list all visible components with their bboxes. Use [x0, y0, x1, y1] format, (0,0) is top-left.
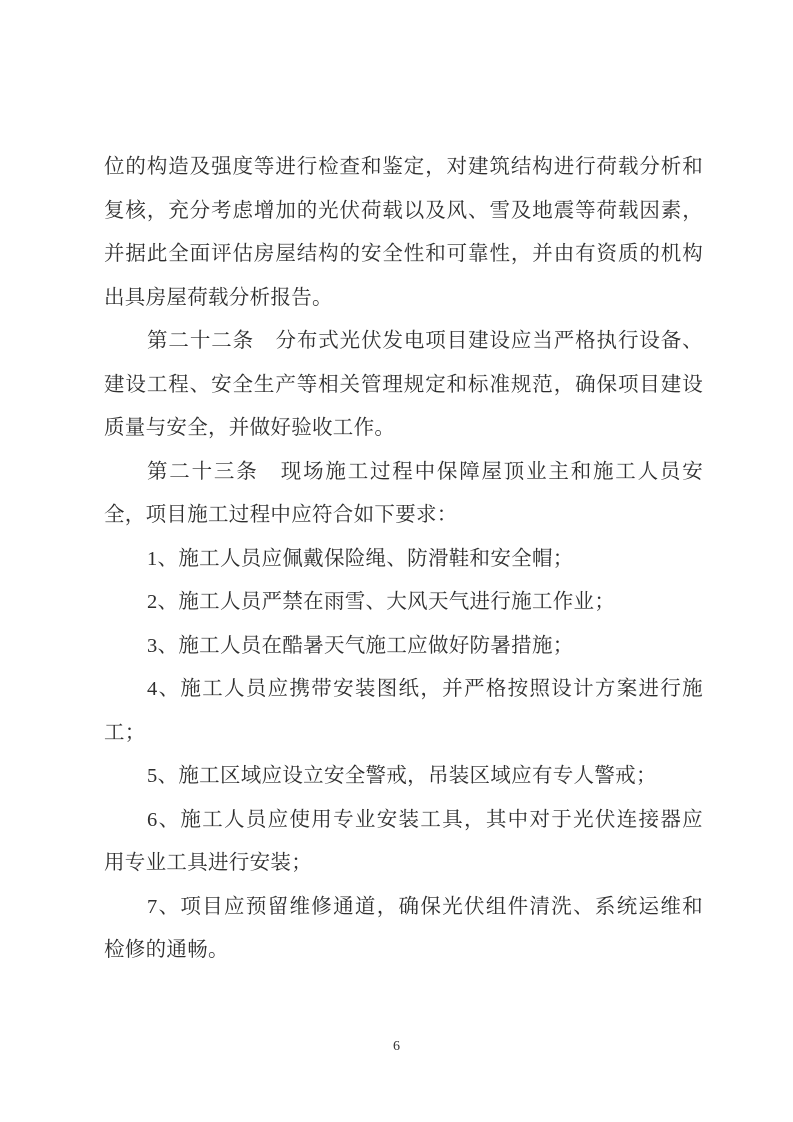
text-line: 并据此全面评估房屋结构的安全性和可靠性，并由有资质的机构: [104, 233, 703, 277]
text-line: 位的构造及强度等进行检查和鉴定，对建筑结构进行荷载分析和: [104, 146, 703, 190]
page-number: 6: [0, 1036, 793, 1058]
paragraph: 第二十三条 现场施工过程中保障屋顶业主和施工人员安全，项目施工过程中应符合如下要…: [104, 451, 703, 538]
paragraph: 4、施工人员应携带安装图纸，并严格按照设计方案进行施工；: [104, 668, 703, 755]
text-line: 第二十三条 现场施工过程中保障屋顶业主和施工人员安: [104, 451, 703, 495]
text-line: 4、施工人员应携带安装图纸，并严格按照设计方案进行施: [104, 668, 703, 712]
document-page: 位的构造及强度等进行检查和鉴定，对建筑结构进行荷载分析和复核，充分考虑增加的光伏…: [0, 0, 793, 1122]
paragraph: 6、施工人员应使用专业安装工具，其中对于光伏连接器应用专业工具进行安装；: [104, 799, 703, 886]
text-line: 6、施工人员应使用专业安装工具，其中对于光伏连接器应: [104, 799, 703, 843]
paragraph: 位的构造及强度等进行检查和鉴定，对建筑结构进行荷载分析和复核，充分考虑增加的光伏…: [104, 146, 703, 320]
text-line: 2、施工人员严禁在雨雪、大风天气进行施工作业；: [104, 581, 703, 625]
text-line: 质量与安全，并做好验收工作。: [104, 407, 703, 451]
text-line: 出具房屋荷载分析报告。: [104, 277, 703, 321]
paragraph: 5、施工区域应设立安全警戒，吊装区域应有专人警戒；: [104, 755, 703, 799]
text-line: 1、施工人员应佩戴保险绳、防滑鞋和安全帽；: [104, 538, 703, 582]
text-line: 检修的通畅。: [104, 929, 703, 973]
paragraph: 3、施工人员在酷暑天气施工应做好防暑措施；: [104, 625, 703, 669]
text-line: 5、施工区域应设立安全警戒，吊装区域应有专人警戒；: [104, 755, 703, 799]
text-line: 3、施工人员在酷暑天气施工应做好防暑措施；: [104, 625, 703, 669]
paragraph: 7、项目应预留维修通道，确保光伏组件清洗、系统运维和检修的通畅。: [104, 886, 703, 973]
text-line: 建设工程、安全生产等相关管理规定和标准规范，确保项目建设: [104, 364, 703, 408]
paragraph: 2、施工人员严禁在雨雪、大风天气进行施工作业；: [104, 581, 703, 625]
text-line: 工；: [104, 712, 703, 756]
text-line: 7、项目应预留维修通道，确保光伏组件清洗、系统运维和: [104, 886, 703, 930]
text-line: 用专业工具进行安装；: [104, 842, 703, 886]
text-line: 复核，充分考虑增加的光伏荷载以及风、雪及地震等荷载因素，: [104, 190, 703, 234]
paragraph: 第二十二条 分布式光伏发电项目建设应当严格执行设备、建设工程、安全生产等相关管理…: [104, 320, 703, 451]
text-line: 全，项目施工过程中应符合如下要求：: [104, 494, 703, 538]
document-body: 位的构造及强度等进行检查和鉴定，对建筑结构进行荷载分析和复核，充分考虑增加的光伏…: [104, 146, 703, 973]
text-line: 第二十二条 分布式光伏发电项目建设应当严格执行设备、: [104, 320, 703, 364]
paragraph: 1、施工人员应佩戴保险绳、防滑鞋和安全帽；: [104, 538, 703, 582]
